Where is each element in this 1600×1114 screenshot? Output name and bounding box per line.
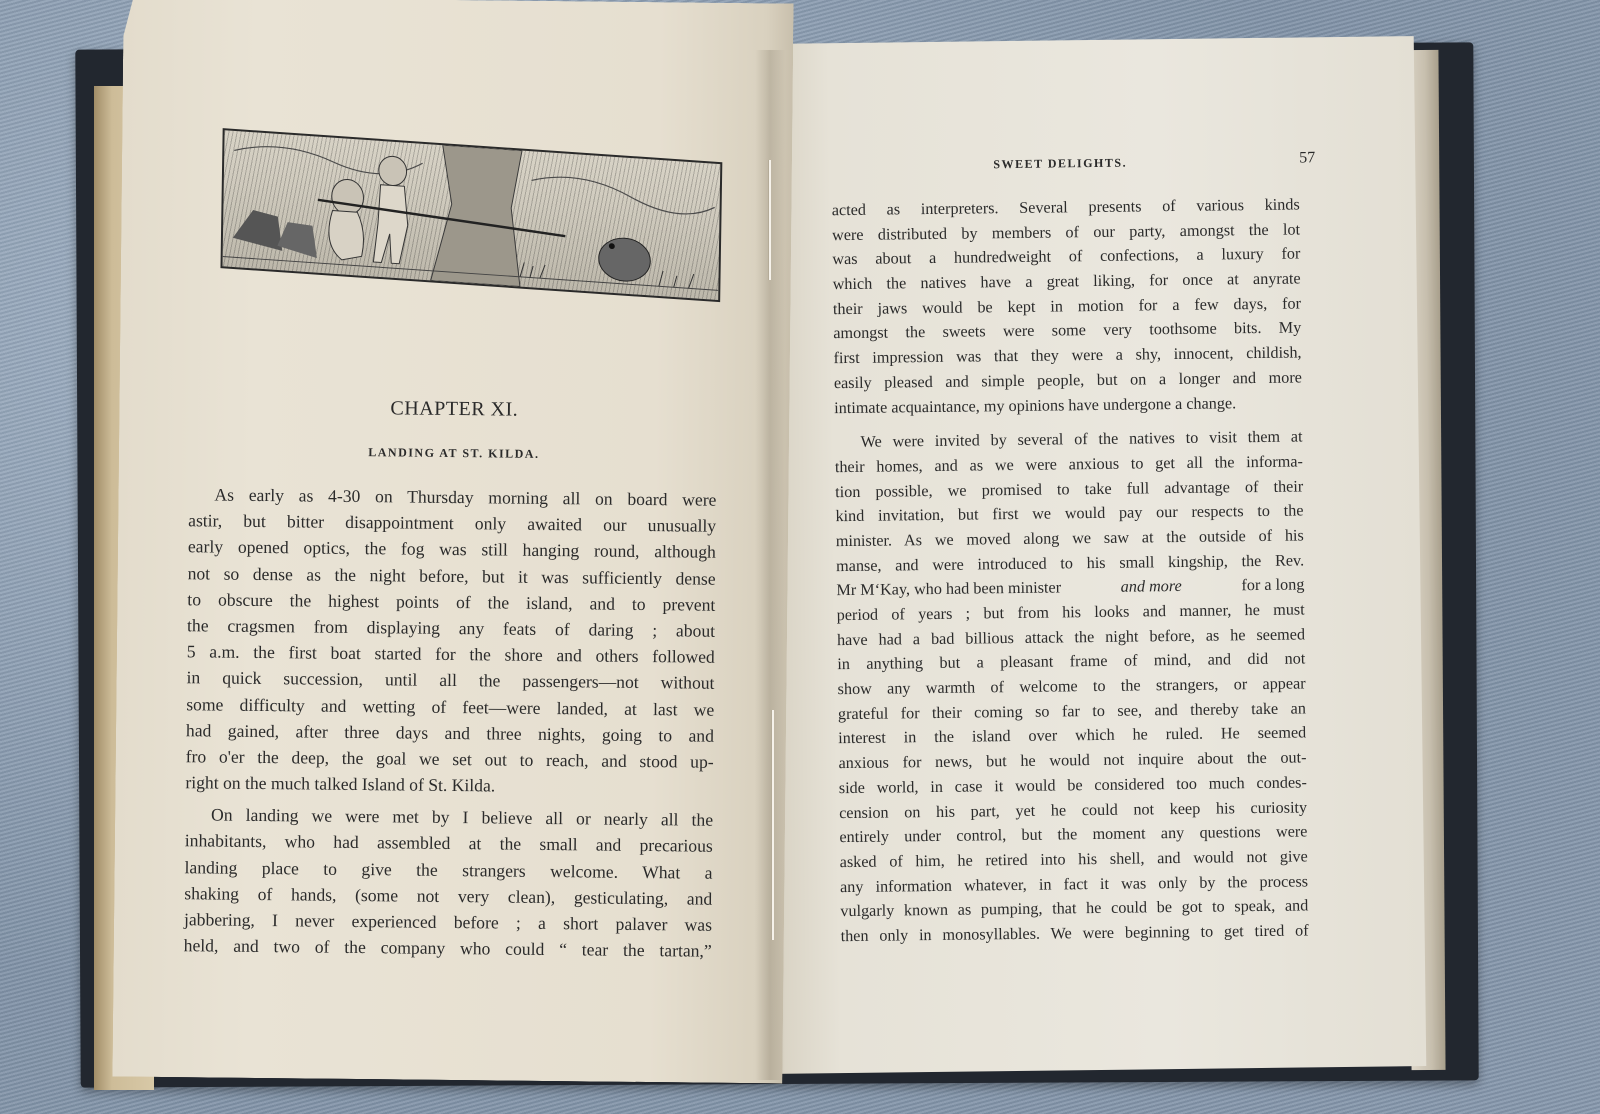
italic-fragment: and more bbox=[1121, 574, 1182, 599]
running-head: SWEET DELIGHTS. bbox=[765, 153, 1355, 175]
paragraph: On landing we were met by I believe all … bbox=[184, 801, 714, 964]
paragraph: acted as interpreters. Several presents … bbox=[832, 192, 1303, 420]
paragraph: We were invited by several of the native… bbox=[834, 425, 1308, 949]
right-page: SWEET DELIGHTS. 57 acted as interpreters… bbox=[764, 36, 1427, 1074]
chapter-title: CHAPTER XI. bbox=[119, 394, 789, 424]
text-fragment: Mr M‘Kay, who had been minister bbox=[836, 576, 1061, 603]
chapter-illustration bbox=[220, 128, 722, 302]
photo-scene: SWEET DELIGHTS. 57 acted as interpreters… bbox=[0, 0, 1600, 1114]
right-page-body: acted as interpreters. Several presents … bbox=[832, 192, 1309, 948]
paragraph: As early as 4-30 on Thursday morning all… bbox=[185, 481, 716, 801]
chapter-subtitle: LANDING AT ST. KILDA. bbox=[119, 442, 789, 464]
text-fragment: for a long bbox=[1241, 573, 1304, 598]
binding-stitch bbox=[771, 710, 774, 940]
text-line: then only in monosyllables. We were begi… bbox=[840, 918, 1308, 948]
text-line: held, and two of the company who could “… bbox=[184, 932, 712, 964]
engraving-icon bbox=[223, 130, 721, 300]
binding-stitch bbox=[768, 160, 771, 280]
left-page-body: As early as 4-30 on Thursday morning all… bbox=[184, 481, 717, 964]
page-number: 57 bbox=[1299, 149, 1315, 167]
left-page: CHAPTER XI. LANDING AT ST. KILDA. As ear… bbox=[112, 0, 793, 1083]
